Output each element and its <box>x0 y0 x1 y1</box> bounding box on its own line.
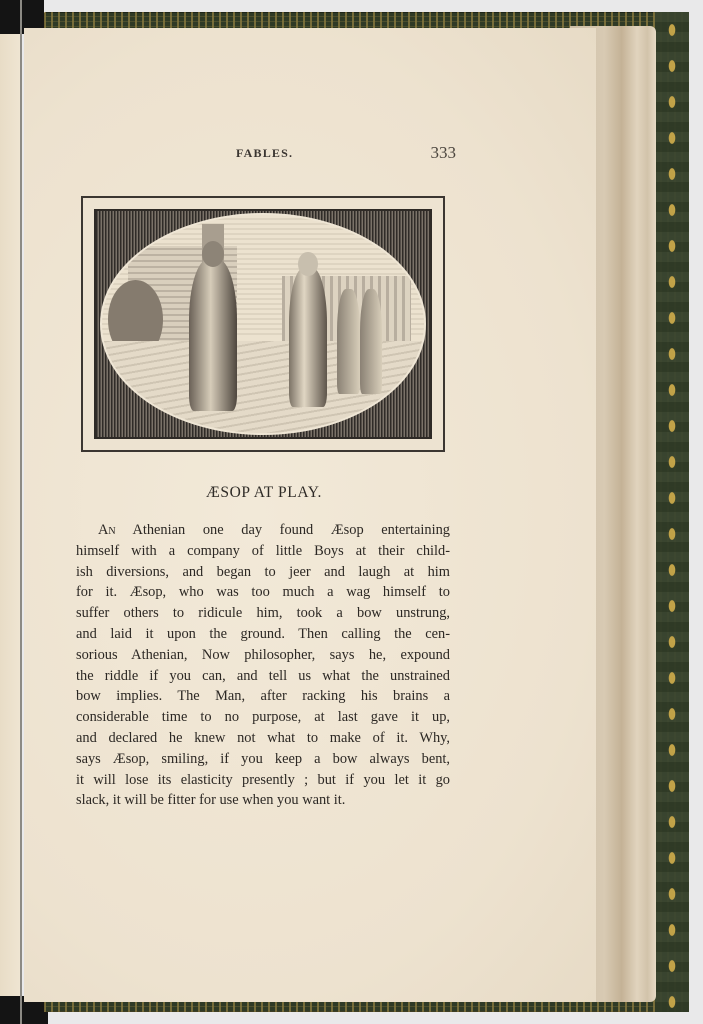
text-line: it will lose its elasticity presently ; … <box>76 770 450 791</box>
page-header: FABLES. 333 <box>236 146 456 166</box>
gilt-ornament-strip <box>655 12 689 1012</box>
fable-title: ÆSOP AT PLAY. <box>74 484 454 502</box>
text-line: says Æsop, smiling, if you keep a bow al… <box>76 749 450 770</box>
figure-aesop-head <box>298 252 317 276</box>
engraving-plate <box>81 196 445 452</box>
text-line: for it. Æsop, who was too much a wag him… <box>76 582 450 603</box>
text-line: and declared he knew not what to make of… <box>76 728 450 749</box>
figure-boy-1 <box>337 289 360 394</box>
book-gutter <box>20 0 22 1024</box>
facing-page-edge <box>0 34 20 996</box>
book-page <box>24 28 596 1002</box>
text-line: and laid it upon the ground. Then callin… <box>76 624 450 645</box>
text-line: slack, it will be fitter for use when yo… <box>76 790 450 811</box>
engraving-oval-scene <box>102 215 424 433</box>
text-line: An Athenian one day found Æsop entertain… <box>76 520 450 541</box>
figure-aesop <box>289 267 328 407</box>
text-line: sorious Athenian, Now philosopher, says … <box>76 645 450 666</box>
text-line: himself with a company of little Boys at… <box>76 541 450 562</box>
text-line: the riddle if you can, and tell us what … <box>76 666 450 687</box>
text-line: considerable time to no purpose, at last… <box>76 707 450 728</box>
text-line: ish diversions, and began to jeer and la… <box>76 562 450 583</box>
engraving-hatched-frame <box>94 209 432 439</box>
page-number: 333 <box>431 143 457 163</box>
fable-text: An Athenian one day found Æsop entertain… <box>76 520 450 811</box>
text-line: bow implies. The Man, after racking his … <box>76 686 450 707</box>
figure-athenian <box>189 259 237 412</box>
opening-word: An <box>98 522 116 538</box>
text-line: suffer others to ridicule him, took a bo… <box>76 603 450 624</box>
running-head: FABLES. <box>236 146 293 161</box>
figure-boy-2 <box>360 289 383 394</box>
